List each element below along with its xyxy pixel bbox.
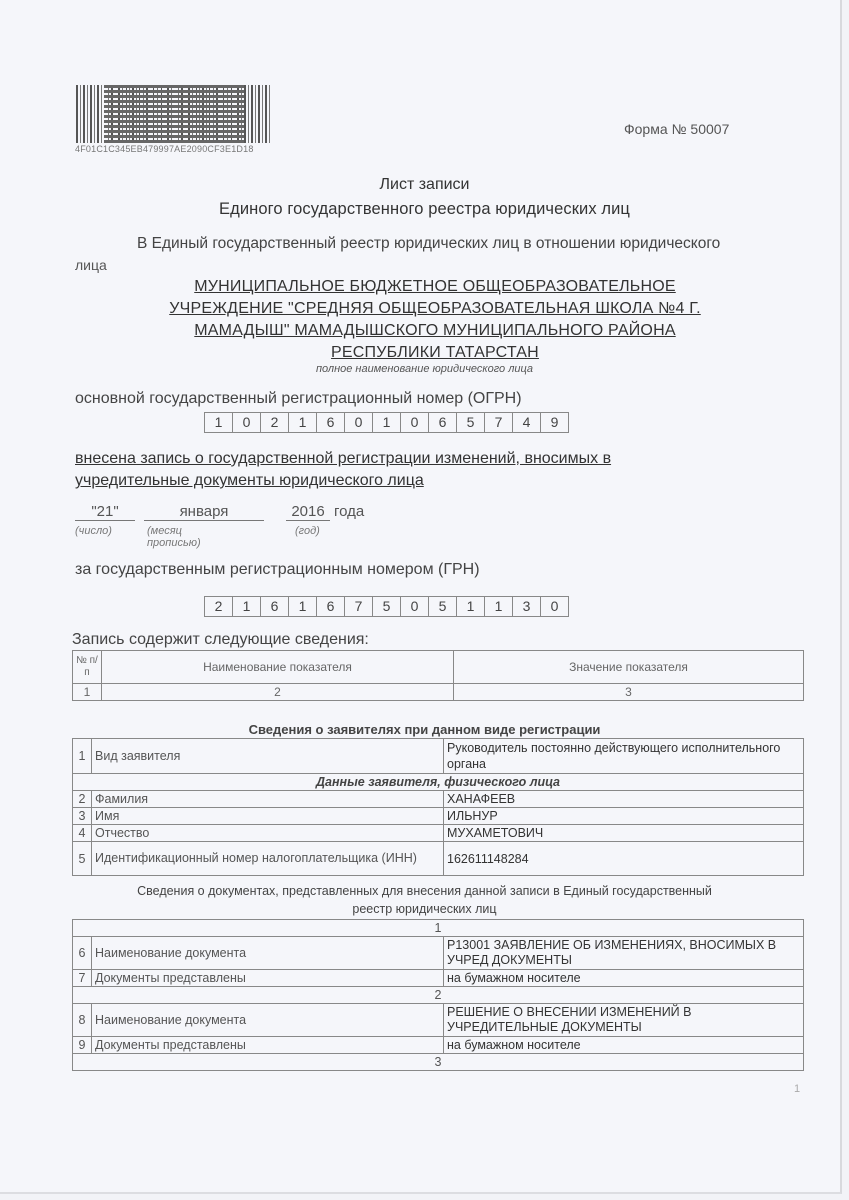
ogrn-digit: 1 [289,413,317,432]
row-label: Документы представлены [92,970,444,987]
page-number: 1 [794,1083,800,1095]
contents-header-table: № п/п Наименование показателя Значение п… [72,650,804,701]
ogrn-digit: 0 [401,413,429,432]
record-description-line: учредительные документы юридического лиц… [75,472,424,489]
row-value: РЕШЕНИЕ О ВНЕСЕНИИ ИЗМЕНЕНИЙ В УЧРЕДИТЕЛ… [444,1004,804,1037]
grn-digit: 6 [317,597,345,616]
header-col-2: 2 [102,684,454,701]
intro-text: В Единый государственный реестр юридичес… [137,235,720,253]
date-month-caption: (месяц прописью) [147,525,201,549]
header-no: № п/п [73,651,102,684]
document-group-label: 2 [73,987,804,1004]
grn-digit: 1 [233,597,261,616]
row-value: Руководитель постоянно действующего испо… [444,739,804,774]
row-number: 7 [73,970,92,987]
date-day-caption: (число) [75,525,112,537]
documents-table: 1 6 Наименование документа Р13001 ЗАЯВЛЕ… [72,919,804,1071]
date-day: "21" [75,503,135,521]
date-year-suffix: года [334,503,364,520]
ogrn-digit: 9 [541,413,568,432]
grn-label: за государственным регистрационным номер… [75,561,480,579]
intro-text-continued: лица [75,257,107,273]
header-col-3: 3 [454,684,804,701]
ogrn-digit: 0 [233,413,261,432]
grn-digit: 3 [513,597,541,616]
row-value: 162611148284 [444,842,804,876]
grn-digit: 5 [429,597,457,616]
grn-digit: 0 [401,597,429,616]
applicants-table: 1 Вид заявителя Руководитель постоянно д… [72,738,804,876]
ogrn-digit: 7 [485,413,513,432]
documents-section-title: Сведения о документах, представленных дл… [0,884,849,898]
documents-section-title-continued: реестр юридических лиц [0,902,849,916]
organization-name-line: МАМАДЫШ" МАМАДЫШСКОГО МУНИЦИПАЛЬНОГО РАЙ… [194,322,675,339]
document-page: 4F01C1C345EB479997AE2090CF3E1D18 Форма №… [0,0,842,1194]
document-group-label: 1 [73,920,804,937]
grn-digit: 7 [345,597,373,616]
ogrn-digit: 6 [429,413,457,432]
grn-digit: 6 [261,597,289,616]
date-month: января [144,503,264,521]
organization-name: МУНИЦИПАЛЬНОЕ БЮДЖЕТНОЕ ОБЩЕОБРАЗОВАТЕЛЬ… [95,276,775,364]
ogrn-label: основной государственный регистрационный… [75,390,522,408]
date-year: 2016 [286,503,330,521]
ogrn-digit: 1 [373,413,401,432]
row-number: 1 [73,739,92,774]
organization-name-line: МУНИЦИПАЛЬНОЕ БЮДЖЕТНОЕ ОБЩЕОБРАЗОВАТЕЛЬ… [194,278,676,295]
row-number: 9 [73,1037,92,1054]
grn-digit: 1 [485,597,513,616]
row-label: Имя [92,808,444,825]
header-col-1: 1 [73,684,102,701]
row-number: 6 [73,937,92,970]
row-label: Фамилия [92,791,444,808]
row-label: Отчество [92,825,444,842]
document-title: Лист записи [0,176,849,194]
date-year-caption: (год) [295,525,320,537]
row-value: на бумажном носителе [444,1037,804,1054]
record-description: внесена запись о государственной регистр… [75,448,611,492]
contents-label: Запись содержит следующие сведения: [72,631,369,649]
form-number: Форма № 50007 [624,121,729,137]
ogrn-digit: 5 [457,413,485,432]
record-description-line: внесена запись о государственной регистр… [75,450,611,467]
organization-name-line: УЧРЕЖДЕНИЕ "СРЕДНЯЯ ОБЩЕОБРАЗОВАТЕЛЬНАЯ … [169,300,701,317]
organization-caption: полное наименование юридического лица [0,363,849,375]
applicant-subheader: Данные заявителя, физического лица [73,774,804,791]
document-group-label: 3 [73,1054,804,1071]
organization-name-line: РЕСПУБЛИКИ ТАТАРСТАН [331,344,539,361]
ogrn-digit: 0 [345,413,373,432]
document-subtitle: Единого государственного реестра юридиче… [0,200,849,219]
row-value: ХАНАФЕЕВ [444,791,804,808]
grn-digit: 0 [541,597,568,616]
row-number: 4 [73,825,92,842]
row-number: 2 [73,791,92,808]
grn-digit: 1 [457,597,485,616]
barcode-code: 4F01C1C345EB479997AE2090CF3E1D18 [75,144,254,154]
ogrn-digit: 1 [205,413,233,432]
row-value: МУХАМЕТОВИЧ [444,825,804,842]
row-label: Документы представлены [92,1037,444,1054]
ogrn-digit: 4 [513,413,541,432]
row-number: 3 [73,808,92,825]
ogrn-digit-boxes: 1 0 2 1 6 0 1 0 6 5 7 4 9 [204,412,569,433]
row-value: Р13001 ЗАЯВЛЕНИЕ ОБ ИЗМЕНЕНИЯХ, ВНОСИМЫХ… [444,937,804,970]
barcode-image [76,85,271,143]
row-value: на бумажном носителе [444,970,804,987]
grn-digit-boxes: 2 1 6 1 6 7 5 0 5 1 1 3 0 [204,596,569,617]
grn-digit: 1 [289,597,317,616]
row-label: Наименование документа [92,937,444,970]
applicants-section-title: Сведения о заявителях при данном виде ре… [0,722,849,737]
header-name: Наименование показателя [102,651,454,684]
row-value: ИЛЬНУР [444,808,804,825]
row-label: Наименование документа [92,1004,444,1037]
header-value: Значение показателя [454,651,804,684]
row-number: 8 [73,1004,92,1037]
row-label: Вид заявителя [92,739,444,774]
grn-digit: 2 [205,597,233,616]
ogrn-digit: 2 [261,413,289,432]
row-label: Идентификационный номер налогоплательщик… [92,842,444,876]
row-number: 5 [73,842,92,876]
grn-digit: 5 [373,597,401,616]
ogrn-digit: 6 [317,413,345,432]
